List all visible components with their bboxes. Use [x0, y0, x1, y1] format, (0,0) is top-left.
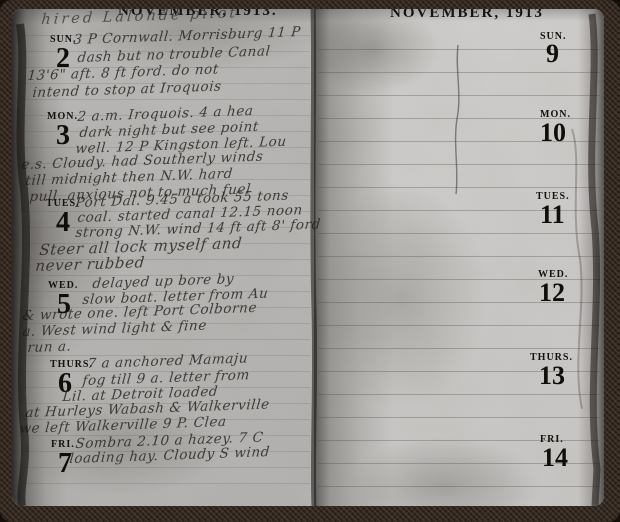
scan-noise: [12, 9, 604, 506]
diary-scan-frame: NOVEMBER, 1913. NOVEMBER, 1913 hired Lal…: [0, 0, 620, 522]
diary-two-page-scan: NOVEMBER, 1913. NOVEMBER, 1913 hired Lal…: [12, 9, 604, 506]
